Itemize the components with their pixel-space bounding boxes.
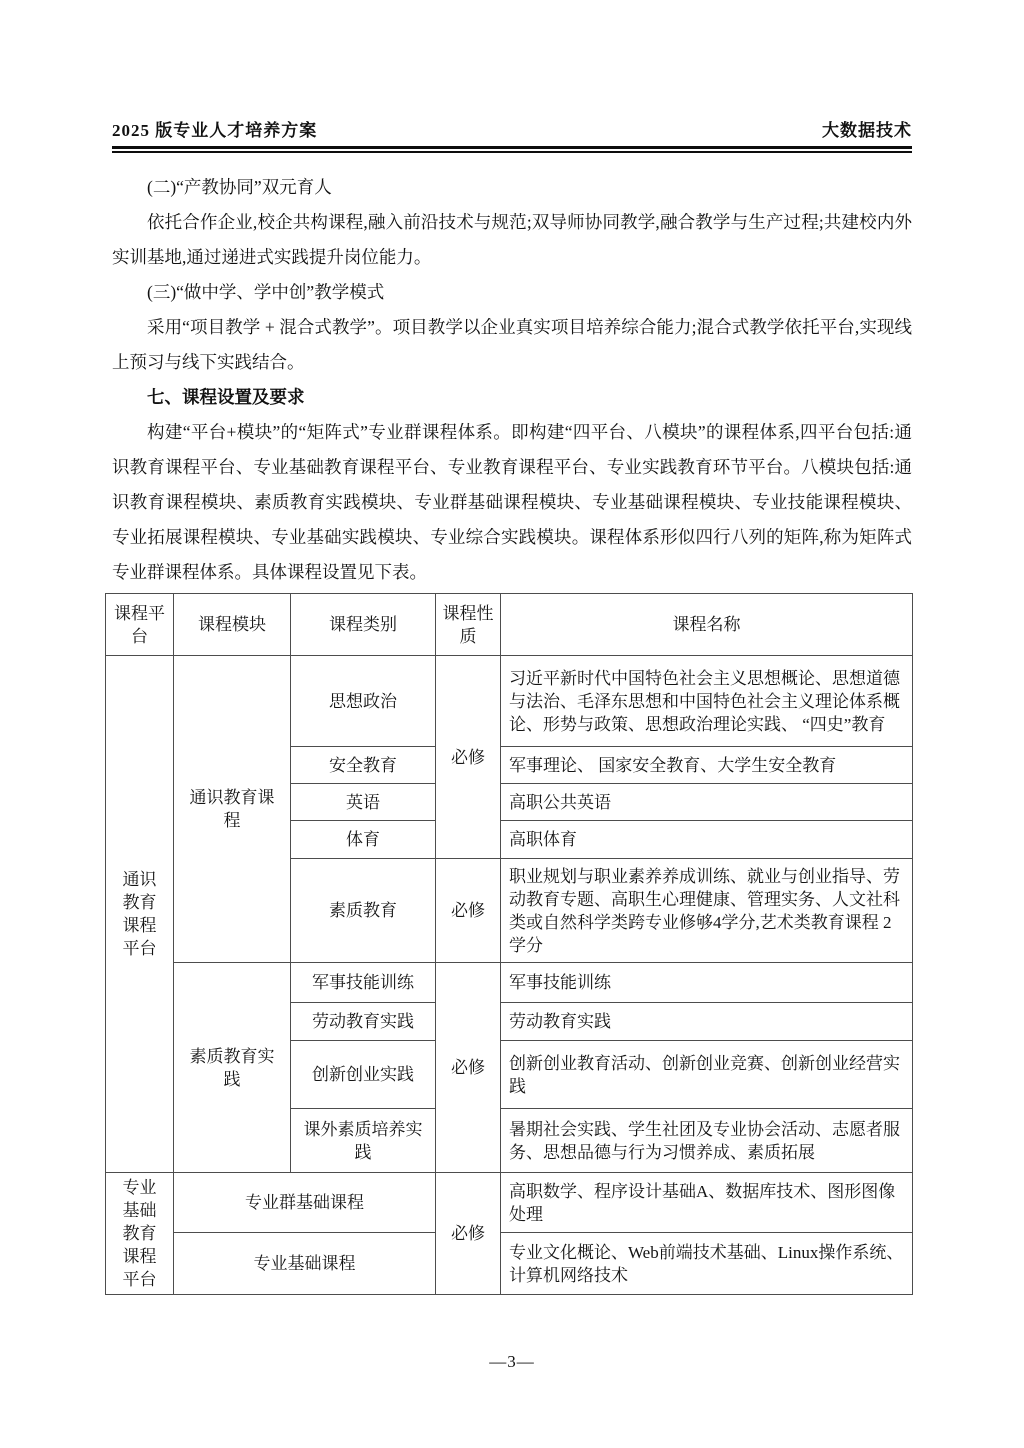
cell-category-quality-education: 素质教育: [291, 859, 436, 963]
heading-section-2: (二)“产教协同”双元育人: [112, 170, 912, 205]
cell-courses-safety-education: 军事理论、 国家安全教育、大学生安全教育: [501, 747, 913, 784]
cell-courses-labor-practice: 劳动教育实践: [501, 1003, 913, 1041]
paragraph-section-3: 采用“项目教学 + 混合式教学”。项目教学以企业真实项目培养综合能力;混合式教学…: [112, 310, 912, 380]
cell-courses-quality-education: 职业规划与职业素养养成训练、就业与创业指导、劳动教育专题、高职生心理健康、管理实…: [501, 859, 913, 963]
table-row: 素质教育实践 军事技能训练 必修 军事技能训练: [106, 963, 913, 1003]
cell-courses-group-foundation: 高职数学、程序设计基础A、数据库技术、图形图像处理: [501, 1173, 913, 1233]
cell-courses-professional-foundation: 专业文化概论、Web前端技术基础、Linux操作系统、计算机网络技术: [501, 1233, 913, 1295]
cell-courses-pe: 高职体育: [501, 821, 913, 859]
col-header-category: 课程类别: [291, 594, 436, 656]
cell-category-pe: 体育: [291, 821, 436, 859]
table-row: 专业基础课程 专业文化概论、Web前端技术基础、Linux操作系统、计算机网络技…: [106, 1233, 913, 1295]
cell-courses-extracurricular-quality: 暑期社会实践、学生社团及专业协会活动、志愿者服务、思想品德与行为习惯养成、素质拓…: [501, 1109, 913, 1173]
cell-category-innovation-practice: 创新创业实践: [291, 1041, 436, 1109]
cell-courses-military-training: 军事技能训练: [501, 963, 913, 1003]
cell-module-professional-foundation-courses: 专业基础课程: [174, 1233, 436, 1295]
col-header-module: 课程模块: [174, 594, 291, 656]
cell-nature-required-4: 必修: [436, 1173, 501, 1295]
cell-module-general-courses: 通识教育课程: [174, 656, 291, 963]
table-row: 通识教育课程平台 通识教育课程 思想政治 必修 习近平新时代中国特色社会主义思想…: [106, 656, 913, 747]
cell-nature-required-1: 必修: [436, 656, 501, 859]
heading-section-7: 七、课程设置及要求: [112, 380, 912, 415]
cell-category-labor-practice: 劳动教育实践: [291, 1003, 436, 1041]
header-left-title: 2025 版专业人才培养方案: [112, 120, 317, 142]
cell-nature-required-2: 必修: [436, 859, 501, 963]
cell-nature-required-3: 必修: [436, 963, 501, 1173]
cell-category-military-training: 军事技能训练: [291, 963, 436, 1003]
table-header-row: 课程平台 课程模块 课程类别 课程性质 课程名称: [106, 594, 913, 656]
cell-courses-ideology-politics: 习近平新时代中国特色社会主义思想概论、思想道德与法治、毛泽东思想和中国特色社会主…: [501, 656, 913, 747]
cell-category-english: 英语: [291, 784, 436, 821]
body-text: (二)“产教协同”双元育人 依托合作企业,校企共构课程,融入前沿技术与规范;双导…: [112, 170, 912, 590]
cell-category-ideology-politics: 思想政治: [291, 656, 436, 747]
cell-module-quality-practice: 素质教育实践: [174, 963, 291, 1173]
cell-category-safety-education: 安全教育: [291, 747, 436, 784]
document-page: 2025 版专业人才培养方案 大数据技术 (二)“产教协同”双元育人 依托合作企…: [0, 0, 1024, 1448]
paragraph-section-2: 依托合作企业,校企共构课程,融入前沿技术与规范;双导师协同教学,融合教学与生产过…: [112, 205, 912, 275]
header-divider-rule: [112, 146, 912, 153]
col-header-platform: 课程平台: [106, 594, 174, 656]
col-header-name: 课程名称: [501, 594, 913, 656]
col-header-nature: 课程性质: [436, 594, 501, 656]
cell-courses-english: 高职公共英语: [501, 784, 913, 821]
heading-section-3: (三)“做中学、学中创”教学模式: [112, 275, 912, 310]
cell-platform-general-education: 通识教育课程平台: [106, 656, 174, 1173]
header-right-title: 大数据技术: [822, 120, 912, 142]
cell-platform-professional-foundation: 专业基础教育课程平台: [106, 1173, 174, 1295]
page-number: —3—: [0, 1352, 1024, 1372]
course-structure-table: 课程平台 课程模块 课程类别 课程性质 课程名称 通识教育课程平台 通识教育课程…: [105, 593, 913, 1295]
cell-module-group-foundation-courses: 专业群基础课程: [174, 1173, 436, 1233]
cell-courses-innovation-practice: 创新创业教育活动、创新创业竞赛、创新创业经营实践: [501, 1041, 913, 1109]
paragraph-section-7: 构建“平台+模块”的“矩阵式”专业群课程体系。即构建“四平台、八模块”的课程体系…: [112, 415, 912, 590]
cell-category-extracurricular-quality: 课外素质培养实践: [291, 1109, 436, 1173]
table-row: 专业基础教育课程平台 专业群基础课程 必修 高职数学、程序设计基础A、数据库技术…: [106, 1173, 913, 1233]
page-header: 2025 版专业人才培养方案 大数据技术: [112, 120, 912, 153]
